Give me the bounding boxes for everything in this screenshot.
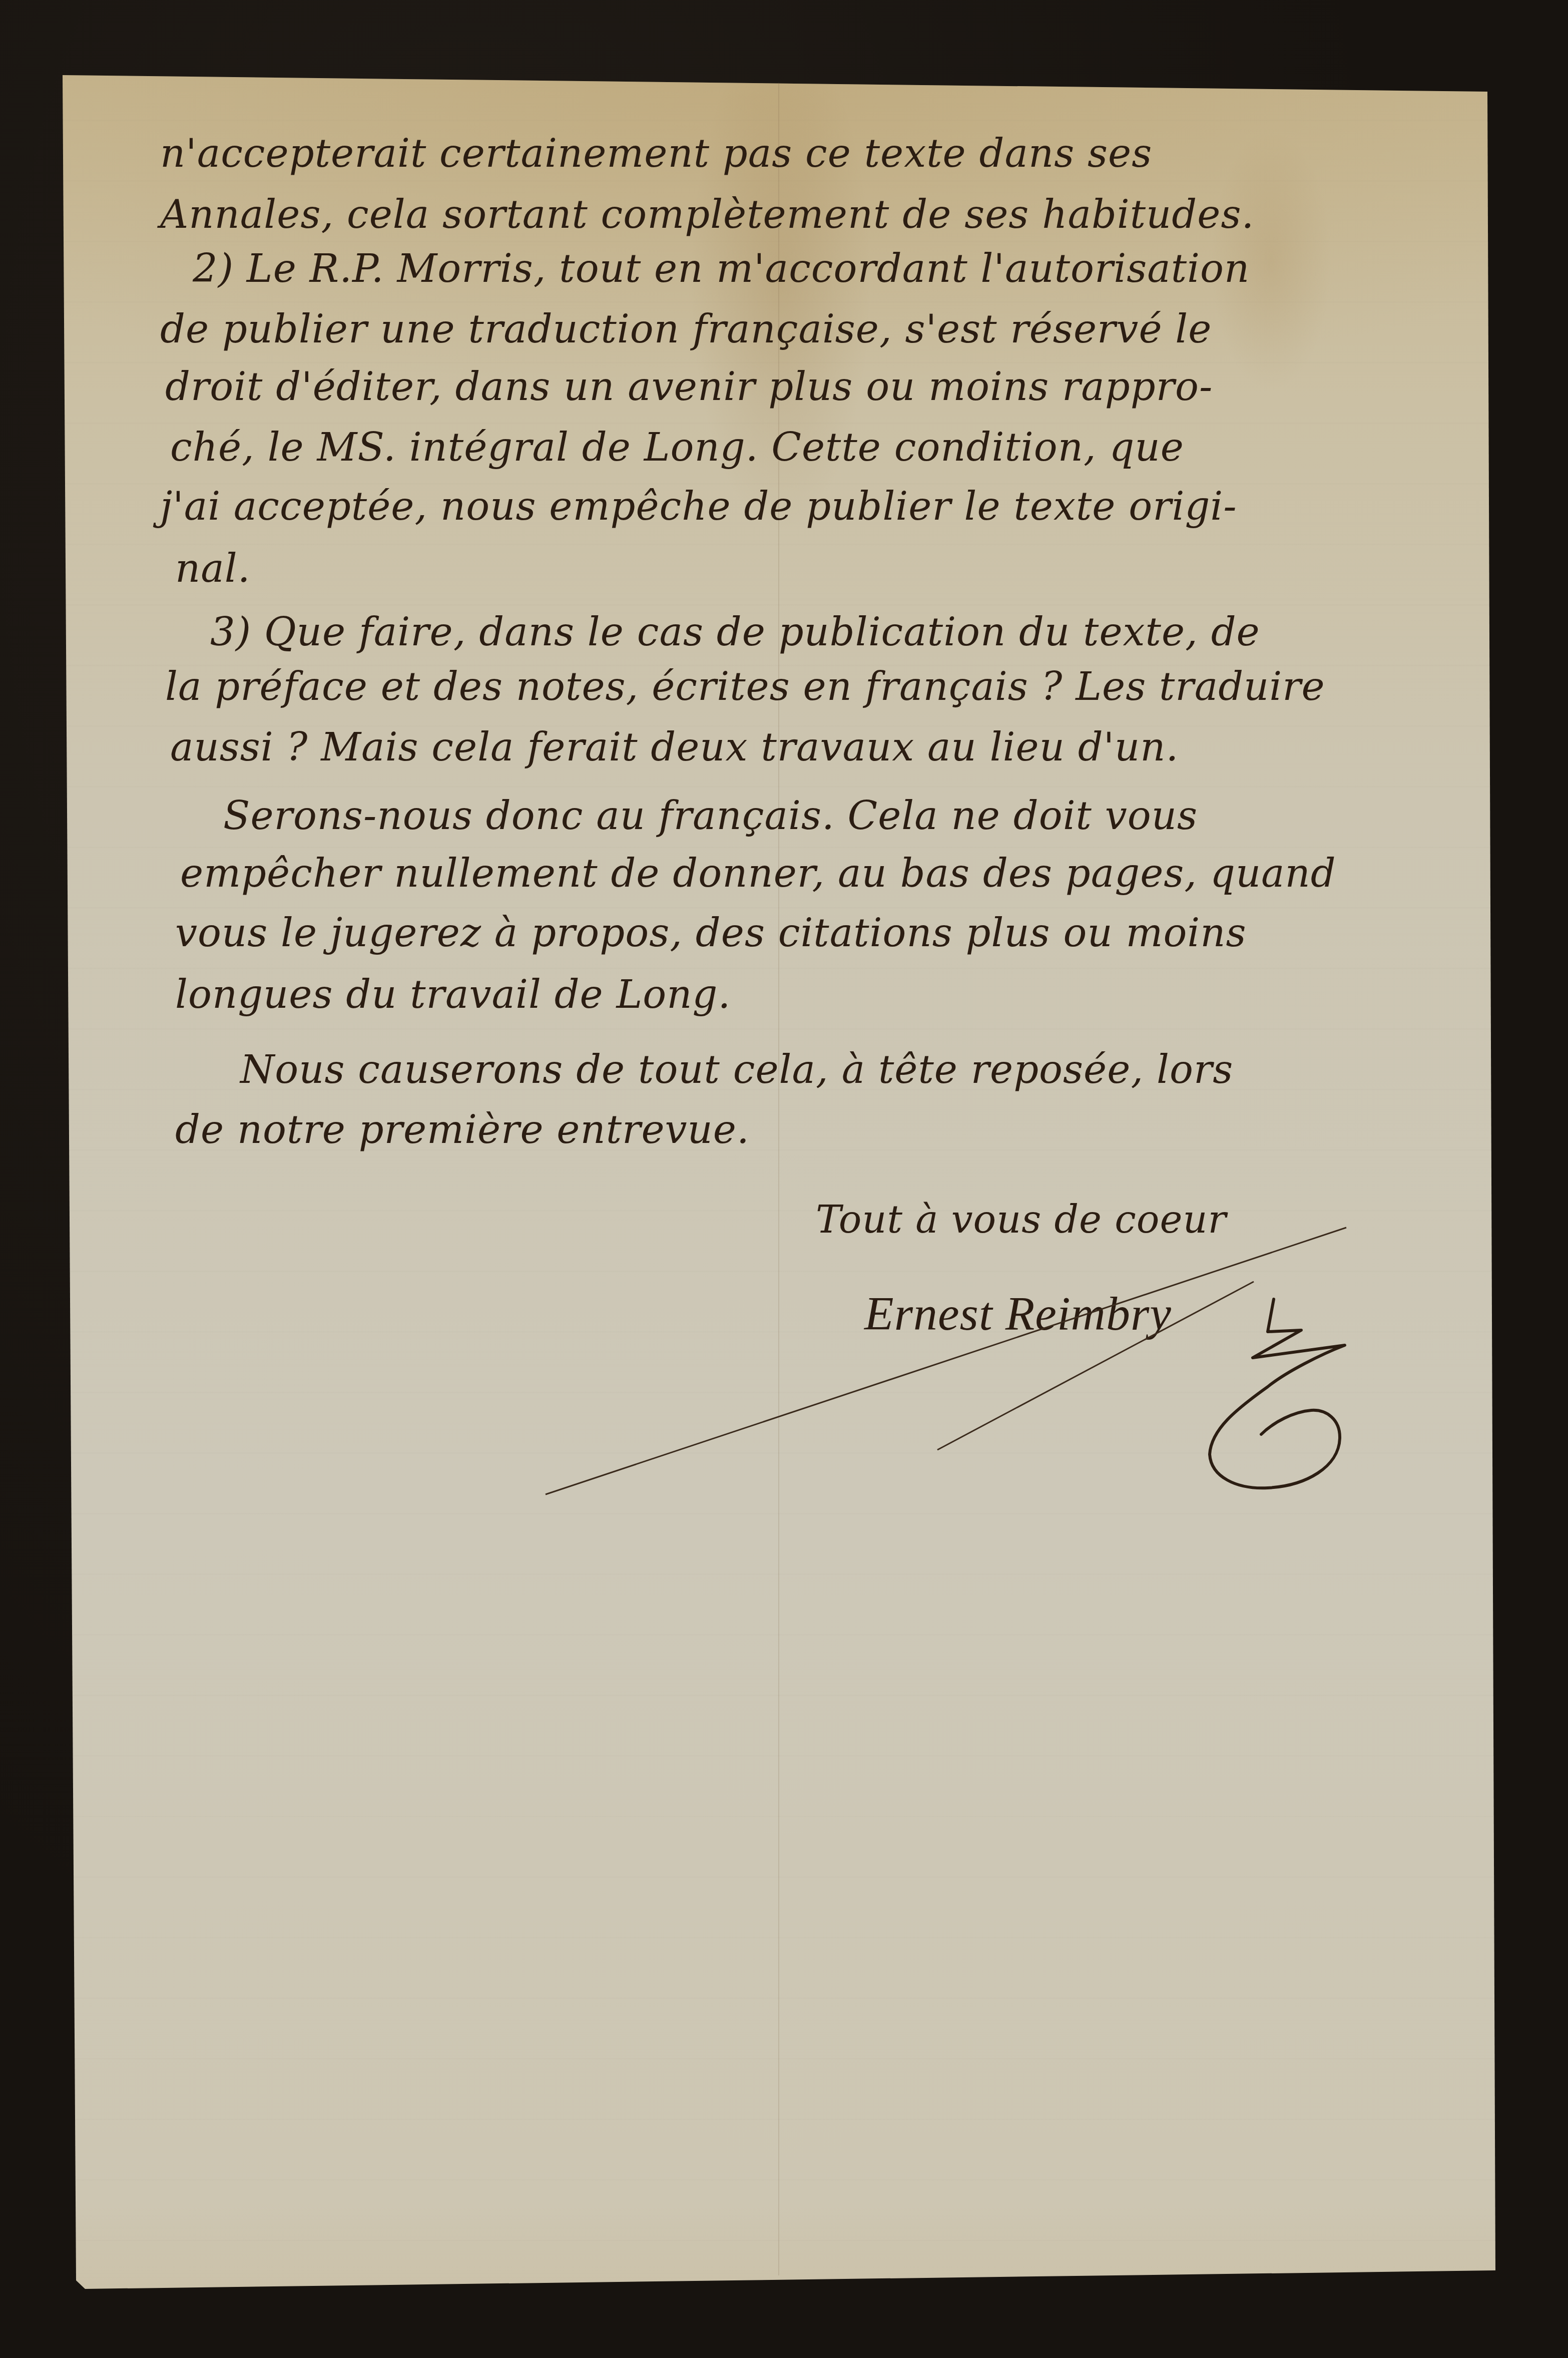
photo-background: n'accepterait certainement pas ce texte … (0, 0, 1568, 2358)
letter-line: longues du travail de Long. (175, 975, 731, 1014)
letter-line: empêcher nullement de donner, au bas des… (180, 854, 1336, 893)
signature: Ernest Reimbry (864, 1290, 1172, 1338)
letter-line: Serons-nous donc au français. Cela ne do… (223, 797, 1198, 836)
letter-line: ché, le MS. intégral de Long. Cette cond… (170, 428, 1184, 467)
letter-line: j'ai acceptée, nous empêche de publier l… (160, 487, 1237, 526)
paper-aging-stains (0, 0, 1568, 2358)
letter-line: droit d'éditer, dans un avenir plus ou m… (165, 367, 1213, 407)
letter-line: n'accepterait certainement pas ce texte … (160, 134, 1351, 173)
letter-line: Nous causerons de tout cela, à tête repo… (240, 1050, 1233, 1089)
letter-line: nal. (175, 549, 250, 588)
letter-line: de notre première entrevue. (175, 1110, 750, 1149)
letter-line: Annales, cela sortant complètement de se… (160, 195, 1254, 234)
letter-line: la préface et des notes, écrites en fran… (165, 667, 1325, 706)
letter-line: vous le jugerez à propos, des citations … (175, 914, 1247, 953)
letter-line: 3) Que faire, dans le cas de publication… (210, 613, 1260, 652)
paper-fold-crease (778, 83, 779, 2275)
letter-line: aussi ? Mais cela ferait deux travaux au… (170, 728, 1179, 767)
letter-line: 2) Le R.P. Morris, tout en m'accordant l… (193, 249, 1250, 288)
closing-salutation: Tout à vous de coeur (816, 1201, 1227, 1239)
letter-line: de publier une traduction française, s'e… (160, 310, 1212, 349)
